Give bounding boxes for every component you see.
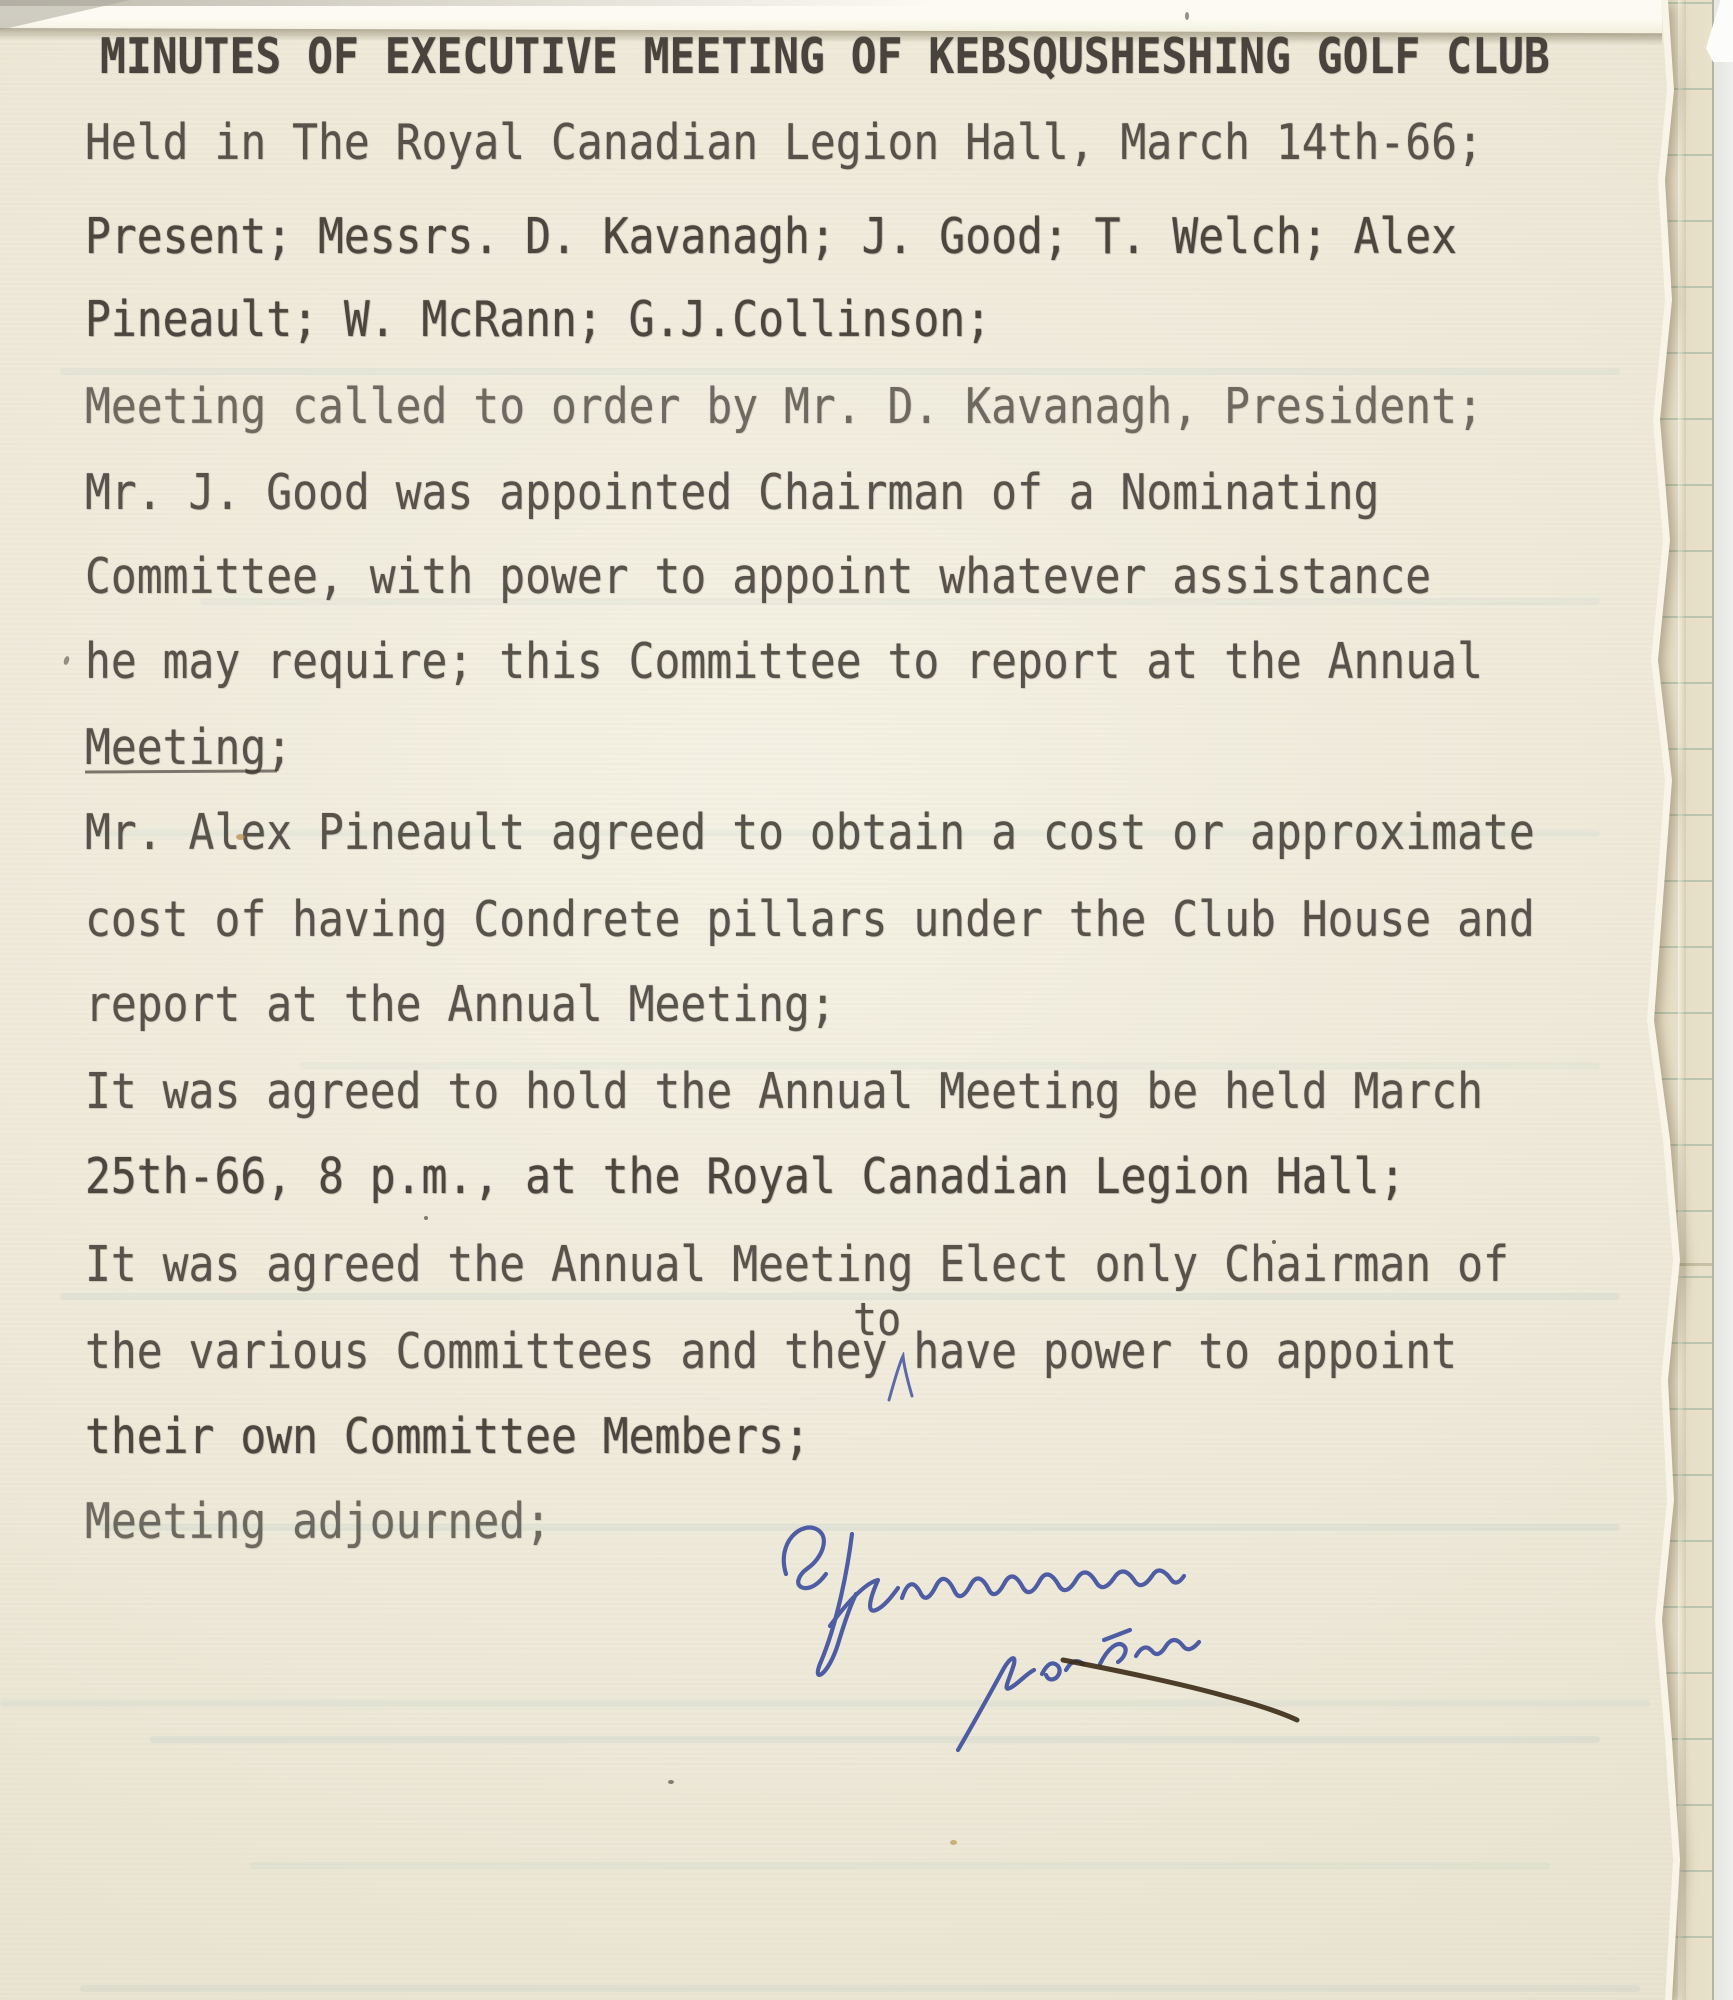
typed-line: It was agreed to hold the Annual Meeting… — [85, 1065, 1483, 1119]
paper-speck — [1272, 1240, 1276, 1244]
typed-line: Meeting adjourned; — [85, 1495, 551, 1549]
interline-insertion: to — [853, 1293, 901, 1347]
bleed-streak — [60, 368, 1620, 375]
paper-speck — [63, 655, 71, 665]
typed-page: MINUTES OF EXECUTIVE MEETING OF KEBSQUSH… — [0, 0, 1690, 2000]
typed-line: Meeting called to order by Mr. D. Kavana… — [85, 380, 1483, 434]
hair-fiber — [1055, 1648, 1305, 1728]
typed-line: It was agreed the Annual Meeting Elect o… — [85, 1238, 1509, 1292]
typed-sheet-wrapper: MINUTES OF EXECUTIVE MEETING OF KEBSQUSH… — [0, 0, 1733, 2000]
typed-line: Present; Messrs. D. Kavanagh; J. Good; T… — [85, 210, 1457, 264]
typed-line: report at the Annual Meeting; — [85, 978, 836, 1032]
fold-top-edge — [0, 0, 940, 6]
typed-line: their own Committee Members; — [85, 1410, 810, 1464]
bleed-streak — [60, 1293, 1620, 1300]
typed-line: Meeting; — [85, 721, 292, 775]
paper-speck — [236, 834, 245, 840]
typed-line: Mr. Alex Pineault agreed to obtain a cos… — [85, 806, 1535, 860]
paper-speck — [140, 1165, 144, 1168]
typed-line: Pineault; W. McRann; G.J.Collinson; — [85, 293, 991, 347]
paper-speck — [668, 1780, 674, 1784]
typed-line: Mr. J. Good was appointed Chairman of a … — [85, 466, 1379, 520]
paper-speck — [1089, 1101, 1094, 1106]
scanned-document: MINUTES OF EXECUTIVE MEETING OF KEBSQUSH… — [0, 0, 1733, 2000]
typed-line: Held in The Royal Canadian Legion Hall, … — [85, 116, 1483, 170]
typed-line-title: MINUTES OF EXECUTIVE MEETING OF KEBSQUSH… — [100, 30, 1550, 84]
paper-speck — [950, 1840, 957, 1845]
typed-line: 25th-66, 8 p.m., at the Royal Canadian L… — [85, 1150, 1405, 1204]
bleed-streak — [250, 1862, 1550, 1869]
ink-caret-icon — [885, 1352, 915, 1404]
paper-speck — [1185, 12, 1189, 20]
typed-line: the various Committees and they have pow… — [85, 1325, 1457, 1379]
bleed-streak — [80, 1985, 1640, 1992]
typed-line: Committee, with power to appoint whateve… — [85, 550, 1431, 604]
typed-line: he may require; this Committee to report… — [85, 635, 1483, 689]
paper-speck — [424, 1216, 428, 1220]
typed-line: cost of having Condrete pillars under th… — [85, 893, 1535, 947]
